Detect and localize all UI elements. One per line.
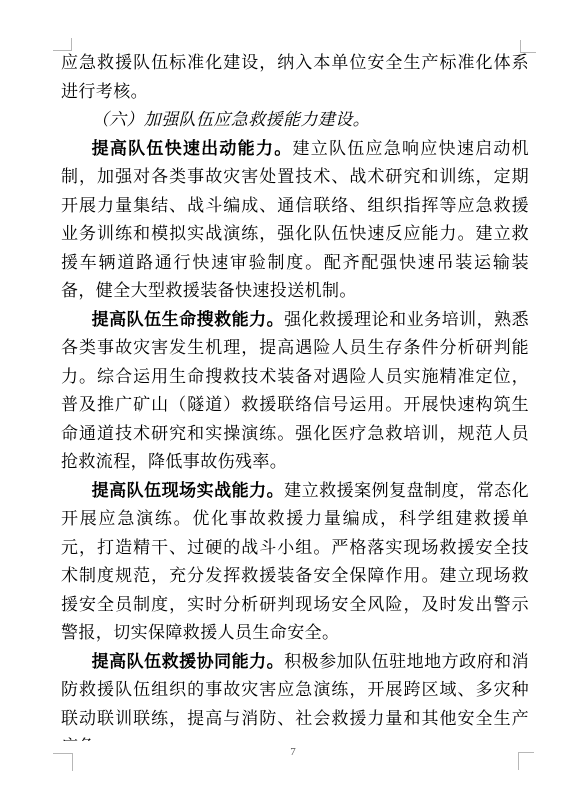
- paragraph-lead: 提高队伍现场实战能力。: [92, 481, 285, 500]
- paragraph: 提高队伍生命搜救能力。强化救援理论和业务培训，熟悉各类事故灾害发生机理，提高遇险…: [61, 306, 529, 477]
- paragraph-text: 建立救援案例复盘制度，常态化开展应急演练。优化事故救援力量编成，科学组建救援单元…: [61, 481, 529, 643]
- document-page: 应急救援队伍标准化建设，纳入本单位安全生产标准化体系进行考核。 （六）加强队伍应…: [0, 0, 586, 792]
- page-number: 7: [0, 745, 586, 759]
- paragraph: 提高队伍现场实战能力。建立救援案例复盘制度，常态化开展应急演练。优化事故救援力量…: [61, 477, 529, 648]
- section-heading-text: （六）加强队伍应急救援能力建设。: [92, 110, 370, 129]
- paragraph-lead: 提高队伍救援协同能力。: [92, 652, 285, 671]
- text-block: 应急救援队伍标准化建设，纳入本单位安全生产标准化体系进行考核。 （六）加强队伍应…: [61, 49, 529, 741]
- section-heading: （六）加强队伍应急救援能力建设。: [61, 106, 529, 135]
- paragraph-text: 强化救援理论和业务培训，熟悉各类事故灾害发生机理，提高遇险人员生存条件分析研判能…: [61, 310, 529, 472]
- paragraph: 提高队伍救援协同能力。积极参加队伍驻地地方政府和消防救援队伍组织的事故灾害应急演…: [61, 648, 529, 742]
- paragraph-lead: 提高队伍生命搜救能力。: [92, 310, 285, 329]
- paragraph: 提高队伍快速出动能力。建立队伍应急响应快速启动机制，加强对各类事故灾害处置技术、…: [61, 135, 529, 306]
- paragraph-text: 应急救援队伍标准化建设，纳入本单位安全生产标准化体系进行考核。: [61, 53, 529, 101]
- paragraph-lead: 提高队伍快速出动能力。: [92, 139, 293, 158]
- paragraph-continuation: 应急救援队伍标准化建设，纳入本单位安全生产标准化体系进行考核。: [61, 49, 529, 106]
- paragraph-text: 建立队伍应急响应快速启动机制，加强对各类事故灾害处置技术、战术研究和训练，定期开…: [61, 139, 529, 301]
